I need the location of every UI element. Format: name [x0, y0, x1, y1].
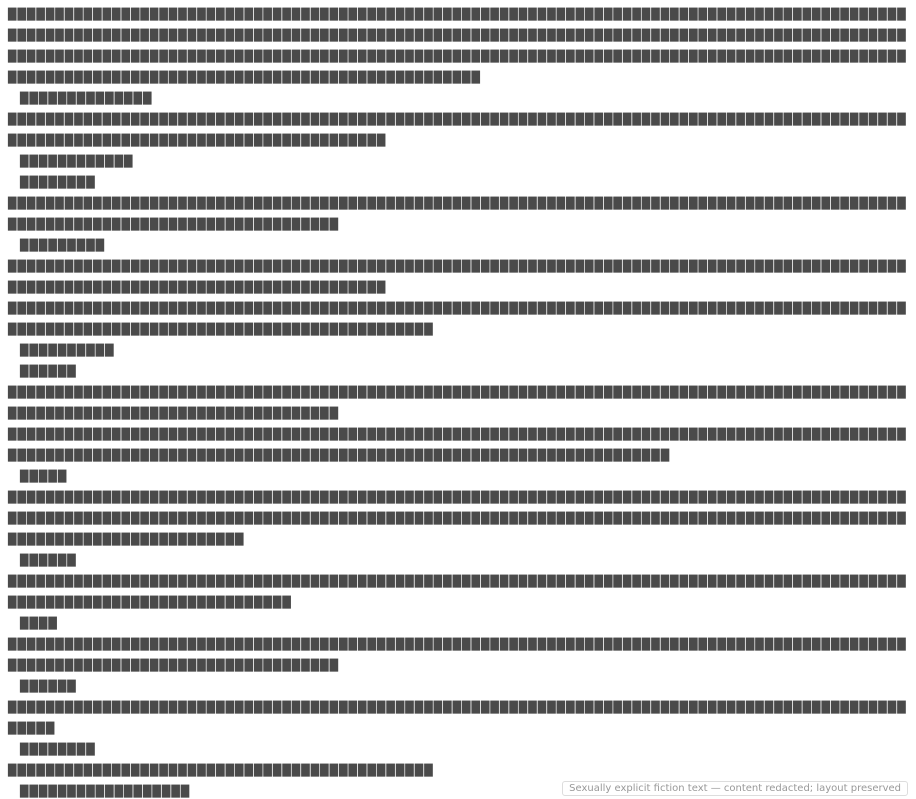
dialogue-line-redacted: ████████████: [8, 151, 910, 172]
narration-paragraph-redacted: ████████████████████████████████████████…: [8, 697, 910, 739]
narration-paragraph-redacted: ████████████████████████████████████████…: [8, 508, 910, 550]
dialogue-line-redacted: ██████: [8, 676, 910, 697]
narration-paragraph-redacted: ████████████████████████████████████████…: [8, 382, 910, 424]
narration-paragraph-redacted: ████████████████████████████████████████…: [8, 634, 910, 676]
dialogue-line-redacted: ████: [8, 613, 910, 634]
dialogue-line-redacted: ██████████████: [8, 88, 910, 109]
narration-paragraph-redacted: ████████████████████████████████████████…: [8, 256, 910, 298]
paragraph-list: ████████████████████████████████████████…: [8, 4, 910, 799]
narration-paragraph-redacted: ████████████████████████████████████████…: [8, 760, 910, 781]
dialogue-line-redacted: ██████████: [8, 340, 910, 361]
dialogue-line-redacted: ██████: [8, 361, 910, 382]
narration-paragraph-redacted: ████████████████████████████████████████…: [8, 109, 910, 151]
dialogue-line-redacted: ████████: [8, 172, 910, 193]
dialogue-line-redacted: ██████: [8, 550, 910, 571]
redaction-note: Sexually explicit fiction text — content…: [562, 781, 908, 796]
narration-paragraph-redacted: ████████████████████████████████████████…: [8, 46, 910, 88]
narration-paragraph-redacted: ████████████████████████████████████████…: [8, 571, 910, 613]
narration-paragraph-redacted: ████████████████████████████████████████…: [8, 193, 910, 235]
dialogue-line-redacted: █████████: [8, 235, 910, 256]
narration-paragraph-redacted: ████████████████████████████████████████…: [8, 424, 910, 466]
narration-paragraph-redacted: ████████████████████████████████████████…: [8, 4, 910, 46]
text-document-page: ████████████████████████████████████████…: [0, 0, 916, 799]
dialogue-line-redacted: █████: [8, 466, 910, 487]
narration-paragraph-redacted: ████████████████████████████████████████…: [8, 298, 910, 340]
narration-paragraph-redacted: ████████████████████████████████████████…: [8, 487, 910, 508]
dialogue-line-redacted: ████████: [8, 739, 910, 760]
